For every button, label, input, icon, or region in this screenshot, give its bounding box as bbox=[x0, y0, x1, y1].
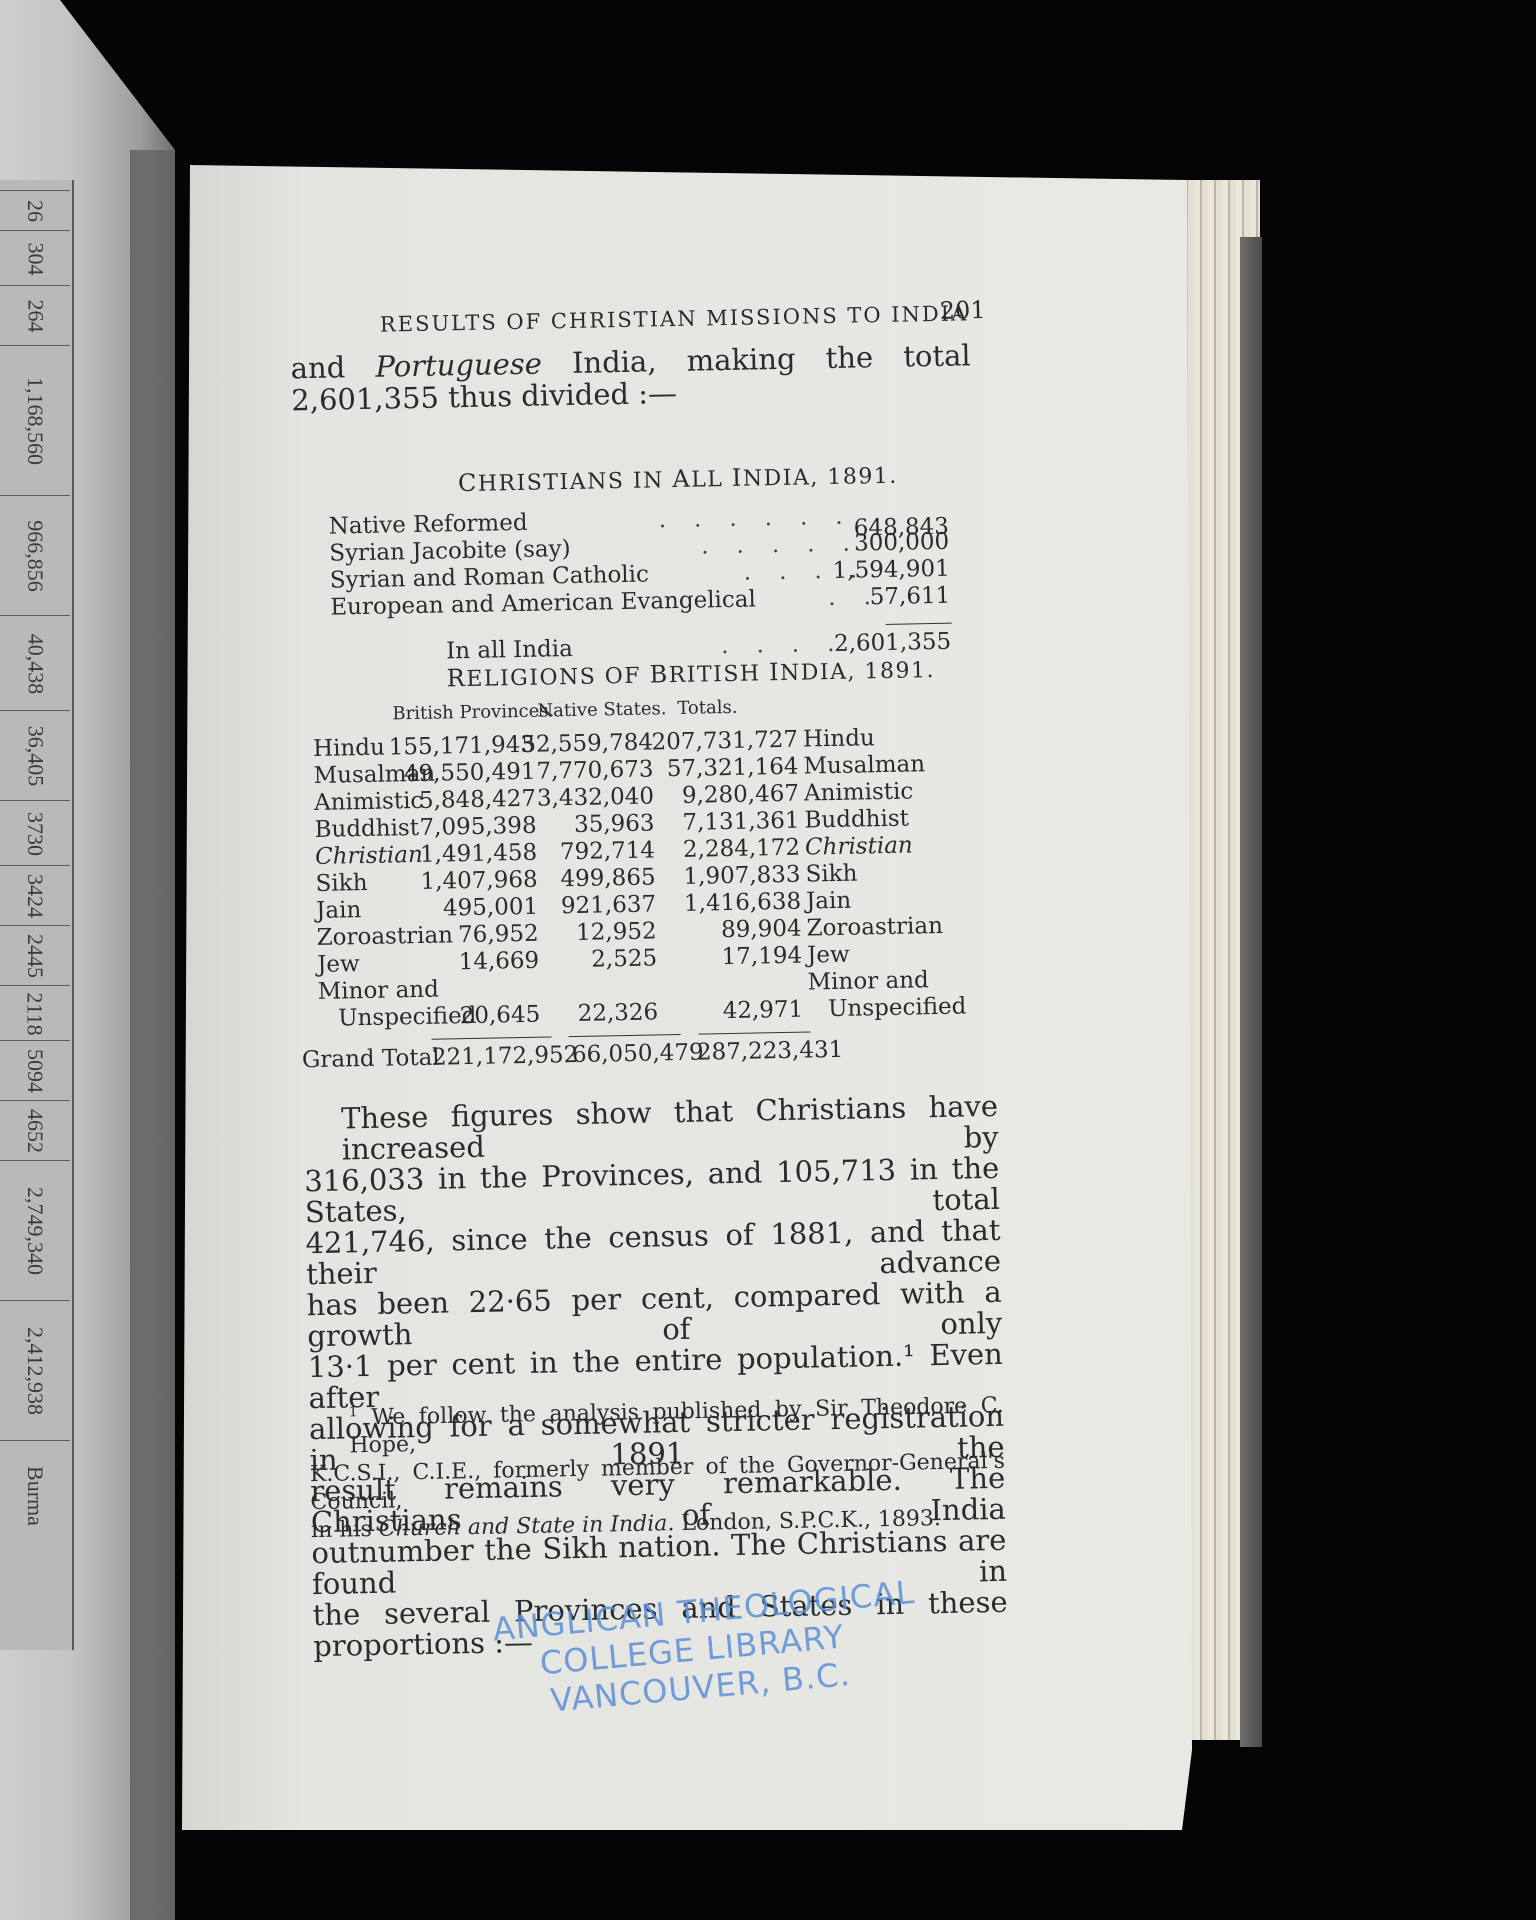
grand-total-row: Grand Total 221,172,952 66,050,479 287,2… bbox=[302, 1034, 982, 1047]
facing-table-cell: 5094 bbox=[0, 1040, 70, 1101]
facing-table-cell: 36,405 bbox=[0, 710, 70, 801]
page-number: 201 bbox=[939, 296, 985, 325]
facing-table-cell: 40,438 bbox=[0, 615, 70, 711]
facing-table-cell: 264 bbox=[0, 285, 70, 346]
facing-table-cell: 4652 bbox=[0, 1100, 70, 1161]
book-cover-edge bbox=[1240, 237, 1262, 1747]
facing-table-cell: Burma bbox=[0, 1440, 70, 1551]
facing-table-cell: 966,856 bbox=[0, 495, 70, 616]
facing-table-cell: 26 bbox=[0, 190, 70, 231]
intro-paragraph: and Portuguese India, making the total 2… bbox=[290, 339, 971, 416]
tot-sum-rule bbox=[699, 1031, 811, 1034]
facing-table-cell: 1,168,560 bbox=[0, 345, 70, 496]
col-header-native-states: Native States. bbox=[537, 698, 667, 721]
col-header-totals: Totals. bbox=[677, 697, 738, 719]
facing-table-cell: 2,412,938 bbox=[0, 1300, 70, 1441]
facing-table-cell: 304 bbox=[0, 230, 70, 286]
table1-body: Native Reformed......648,843Syrian Jacob… bbox=[167, 142, 1177, 161]
table2-body: Hindu155,171,94352,559,784207,731,727Hin… bbox=[167, 142, 1177, 161]
table1-title: CHRISTIANS IN ALL INDIA, 1891. bbox=[458, 461, 898, 497]
ns-sum-rule bbox=[569, 1034, 681, 1037]
facing-table-cell: 2445 bbox=[0, 925, 70, 986]
running-head: RESULTS OF CHRISTIAN MISSIONS TO INDIA bbox=[380, 301, 969, 336]
facing-table-cell: 3424 bbox=[0, 865, 70, 926]
facing-table-cell: 2,749,340 bbox=[0, 1160, 70, 1301]
col-header-british-provinces: British Provinces. bbox=[392, 700, 554, 724]
table1-sum-rule bbox=[886, 623, 952, 625]
book-gutter-shadow bbox=[130, 150, 190, 1920]
facing-table-cell: 2118 bbox=[0, 985, 70, 1041]
bp-sum-rule bbox=[432, 1036, 552, 1039]
book-page-201: RESULTS OF CHRISTIAN MISSIONS TO INDIA 2… bbox=[182, 150, 1192, 1830]
facing-table-cell: 3730 bbox=[0, 800, 70, 866]
facing-page-table-fragment: 263042641,168,560966,85640,43836,4053730… bbox=[0, 180, 74, 1650]
footnote: 1 We follow the analysis published by Si… bbox=[309, 1386, 1007, 1546]
